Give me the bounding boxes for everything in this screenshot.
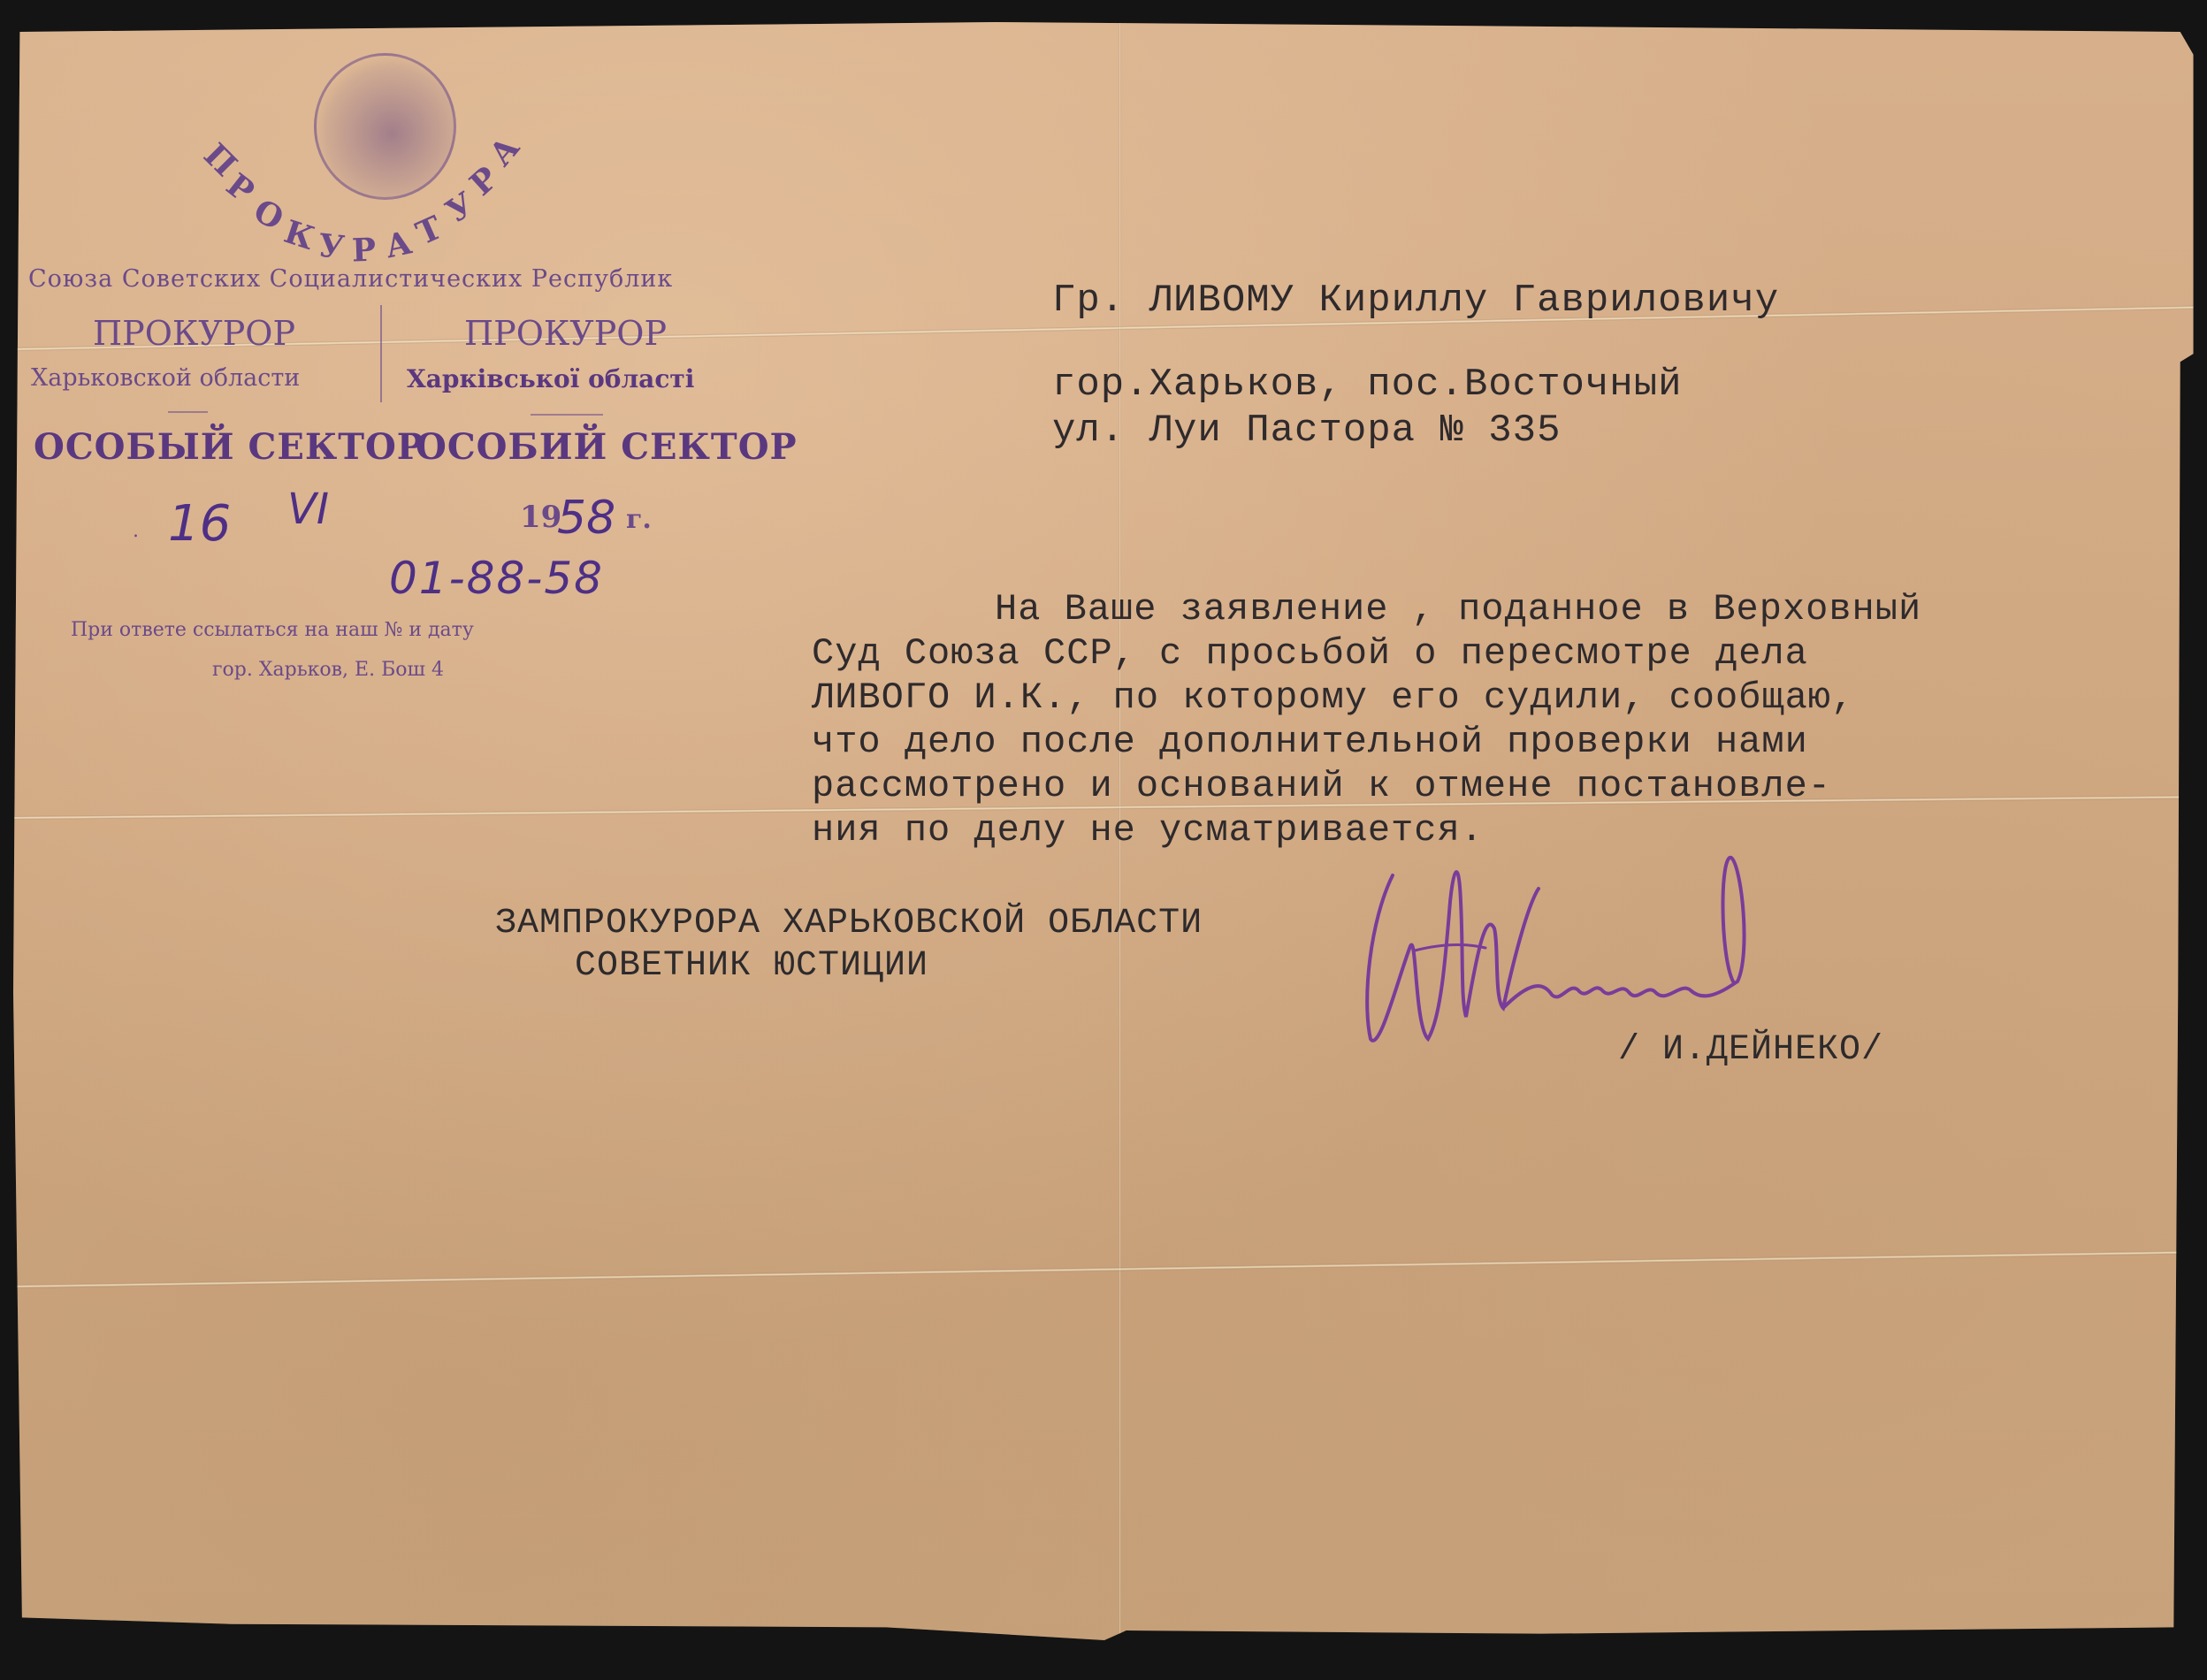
date-year-prefix: 19 <box>520 500 561 535</box>
right-prosecutor-title: ПРОКУРОР <box>464 314 667 353</box>
signer-position: ЗАМПРОКУРОРА ХАРЬКОВСКОЙ ОБЛАСТИ <box>495 904 1203 943</box>
stamp-divider <box>380 305 382 402</box>
left-region: Харьковской области <box>31 364 300 392</box>
right-sector: ОСОБИЙ СЕКТОР <box>416 426 798 468</box>
stamp-address: гор. Харьков, Е. Бош 4 <box>212 659 444 681</box>
date-day: 16 <box>168 495 231 553</box>
date-month: VI <box>287 485 329 534</box>
soviet-coat-of-arms-icon <box>314 53 456 200</box>
horizontal-crease <box>13 1250 2197 1288</box>
left-sector: ОСОБЫЙ СЕКТОР <box>34 426 424 468</box>
addressee-city: гор.Харьков, пос.Восточный <box>1052 363 1683 407</box>
divider <box>531 414 603 416</box>
arc-letter: Р <box>351 232 377 270</box>
body-line: ния по делу не усматривается. <box>812 809 1484 851</box>
left-prosecutor-title: ПРОКУРОР <box>93 314 295 353</box>
addressee-name: Гр. ЛИВОМУ Кириллу Гавриловичу <box>1052 279 1779 323</box>
reply-note: При ответе ссылаться на наш № и дату <box>71 619 474 641</box>
body-line: На Ваше заявление , поданное в Верховный <box>995 588 1921 630</box>
body-line: рассмотрено и оснований к отмене постано… <box>812 765 1831 807</box>
arc-letter: У <box>317 227 346 267</box>
body-line: что дело после дополнительной проверки н… <box>812 721 1808 763</box>
union-line: Союза Советских Социалистических Республ… <box>28 265 673 293</box>
reference-number: 01-88-58 <box>389 553 604 604</box>
right-region: Харківської області <box>407 364 694 393</box>
body-line: ЛИВОГО И.К., по которому его судили, соо… <box>812 676 1854 719</box>
date-dot: . <box>133 520 139 542</box>
body-line: Суд Союза ССР, с просьбой о пересмотре д… <box>812 632 1808 675</box>
handwritten-signature <box>1362 849 1777 1052</box>
divider <box>168 411 208 413</box>
date-year-suffix: 58 <box>557 492 615 545</box>
addressee-street: ул. Луи Пастора № 335 <box>1052 409 1562 453</box>
signer-rank: СОВЕТНИК ЮСТИЦИИ <box>575 946 928 986</box>
date-year-mark: г. <box>626 504 652 535</box>
